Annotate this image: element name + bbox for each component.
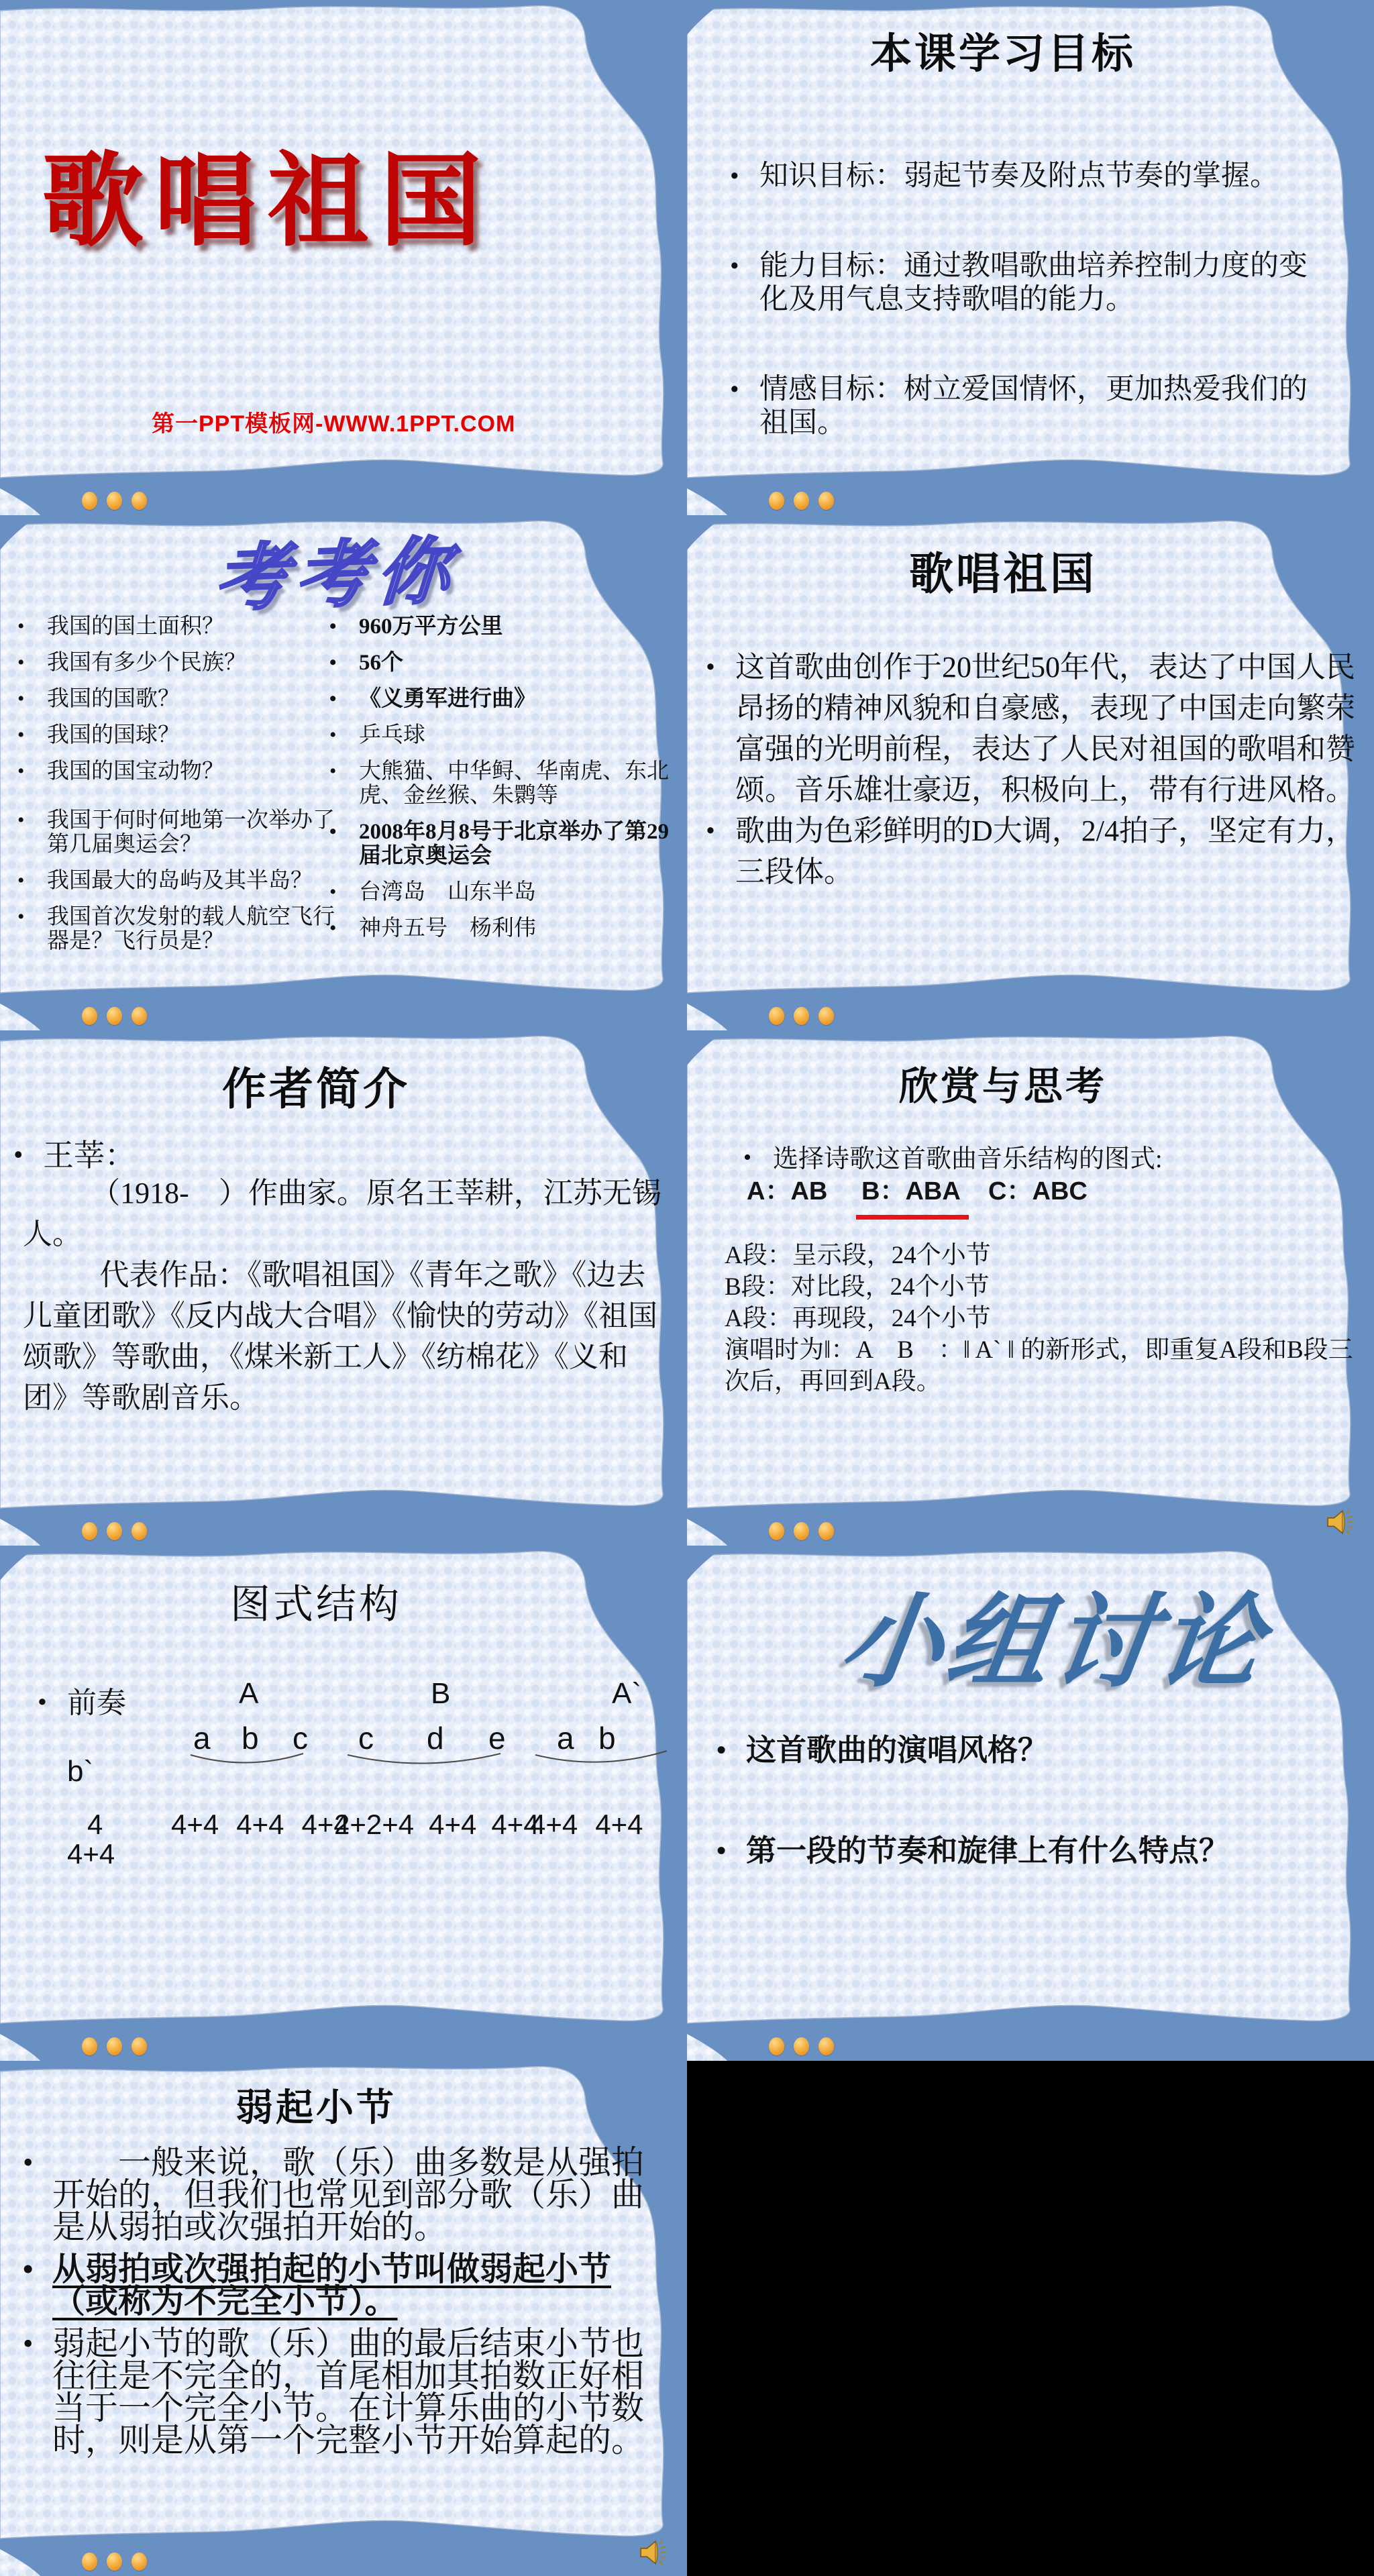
watermark-text: 第一PPT模板网-WWW.1PPT.COM [152, 405, 515, 438]
list-item: 知识目标：弱起节奏及附点节奏的掌握。 [759, 160, 1330, 193]
dot-icon [107, 492, 122, 510]
bar-count-prelude: 4 [87, 1809, 103, 1841]
author-works: 代表作品：《歌唱祖国》《青年之歌》《边去儿童团歌》《反内战大合唱》《愉快的劳动》… [23, 1254, 671, 1418]
slide-7-structure-diagram: 图式结构 前奏 A B A` a b c c d e a b b` 4 4+4 … [0, 1546, 687, 2061]
question-item: 我国的国球？ [47, 723, 342, 747]
slide-title-wordart: 小组讨论 [833, 1560, 1277, 1707]
dot-icon [82, 1522, 97, 1540]
dot-icon [818, 1007, 834, 1025]
answer-item: 乒乓球 [359, 723, 674, 747]
question-item: 我国的国宝动物？ [47, 759, 342, 784]
slide-6-appreciation: 欣赏与思考 选择诗歌这首歌曲音乐结构的图式: A：AB B：ABA C：ABC … [687, 1030, 1374, 1546]
slide-title: 作者简介 [0, 1053, 632, 1117]
question-item: 我国的国土面积？ [47, 614, 342, 639]
bar-count: 2+2+4 [334, 1809, 414, 1841]
slide-9-anacrusis: 弱起小节 一般来说，歌（乐）曲多数是从强拍开始的，但我们也常见到部分歌（乐）曲是… [0, 2061, 687, 2576]
decor-dots [82, 1007, 147, 1025]
decor-dots [769, 1007, 834, 1025]
dot-icon [131, 1007, 147, 1025]
question-item: 我国的国歌？ [47, 687, 342, 711]
dot-icon [794, 1522, 809, 1540]
bar-count-group-A: 4+4 4+4 4+4 [171, 1809, 350, 1841]
answer-list: 960万平方公里 56个 《义勇军进行曲》 乒乓球 大熊猫、中华鲟、华南虎、东北… [359, 614, 674, 953]
option-b-correct: B：ABA [856, 1170, 969, 1220]
speaker-icon[interactable] [639, 2538, 670, 2567]
bar-count: 4+4 [236, 1809, 284, 1841]
answer-item: 56个 [359, 651, 674, 675]
list-item-emphasis: 从弱拍或次强拍起的小节叫做弱起小节（或称为不完全小节）。 [52, 2253, 662, 2318]
answer-item: 神舟五号 杨利伟 [359, 916, 674, 941]
decor-dots [82, 2553, 147, 2571]
list-item: 情感目标：树立爱国情怀，更加热爱我们的祖国。 [759, 373, 1330, 440]
dot-icon [82, 492, 97, 510]
decor-dots [769, 1522, 834, 1540]
list-item: 弱起小节的歌（乐）曲的最后结束小节也往往是不完全的，首尾相加其拍数正好相当于一个… [52, 2328, 662, 2457]
dot-icon [131, 2553, 147, 2571]
question-list: 我国的国土面积？ 我国有多少个民族？ 我国的国歌？ 我国的国球？ 我国的国宝动物… [47, 614, 342, 965]
list-item: 能力目标：通过教唱歌曲培养控制力度的变化及用气息支持歌唱的能力。 [759, 250, 1330, 317]
question-lead-text: 选择诗歌这首歌曲音乐结构的图式: [773, 1145, 1163, 1173]
author-bio: （1918- ）作曲家。原名王莘耕，江苏无锡人。 [23, 1173, 667, 1254]
decor-dots [769, 2037, 834, 2055]
dot-icon [769, 1522, 784, 1540]
bar-count: 4+4 [530, 1809, 578, 1841]
dot-icon [769, 2037, 784, 2055]
author-name-text: 王莘： [43, 1138, 136, 1173]
author-name: 王莘： [43, 1131, 136, 1175]
dot-icon [82, 2553, 97, 2571]
dot-icon [818, 492, 834, 510]
diagram-b-prime: b` [67, 1755, 93, 1788]
slide-4-song-intro: 歌唱祖国 这首歌曲创作于20世纪50年代，表达了中国人民昂扬的精神风貌和自豪感，… [687, 515, 1374, 1030]
slide-grid: 歌唱祖国 第一PPT模板网-WWW.1PPT.COM 本课学习目标 知识目标：弱… [0, 0, 1374, 2576]
slide-8-discussion: 小组讨论 这首歌曲的演唱风格？ 第一段的节奏和旋律上有什么特点？ [687, 1546, 1374, 2061]
slide-10-blank [687, 2061, 1374, 2576]
answer-item: 台湾岛 山东半岛 [359, 880, 674, 904]
question-item: 我国最大的岛屿及其半岛？ [47, 869, 342, 893]
analysis-line: A段：再现段，24个小节 [725, 1303, 1355, 1334]
dot-icon [107, 1522, 122, 1540]
bullet-list: 这首歌曲创作于20世纪50年代，表达了中国人民昂扬的精神风貌和自豪感，表现了中国… [735, 647, 1363, 892]
answer-item: 960万平方公里 [359, 614, 674, 639]
bar-count: 4+4 [595, 1809, 643, 1841]
slide-3-quiz: 考考你 我国的国土面积？ 我国有多少个民族？ 我国的国歌？ 我国的国球？ 我国的… [0, 515, 687, 1030]
question-item: 我国于何时何地第一次举办了第几届奥运会？ [47, 808, 342, 857]
dot-icon [107, 2553, 122, 2571]
dot-icon [82, 1007, 97, 1025]
main-title: 歌唱祖国 [42, 119, 492, 266]
question-item: 我国首次发射的载人航空飞行器是？飞行员是？ [47, 905, 342, 953]
dot-icon [818, 2037, 834, 2055]
dot-icon [107, 1007, 122, 1025]
phrase-arcs-decor [0, 1546, 687, 2061]
answer-item: 大熊猫、中华鲟、华南虎、东北虎、金丝猴、朱鹮等 [359, 759, 674, 808]
option-a: A：AB [747, 1170, 827, 1207]
dot-icon [82, 2037, 97, 2055]
bar-count-group-B: 2+2+4 4+4 4+4 [334, 1809, 539, 1841]
list-item: 这首歌曲的演唱风格？ [746, 1732, 1350, 1768]
decor-dots [82, 2037, 147, 2055]
answer-item: 《义勇军进行曲》 [359, 687, 674, 711]
list-item: 这首歌曲创作于20世纪50年代，表达了中国人民昂扬的精神风貌和自豪感，表现了中国… [735, 647, 1363, 810]
decor-dots [82, 1522, 147, 1540]
analysis-line: A段：呈示段，24个小节 [725, 1240, 1355, 1271]
dot-icon [818, 1522, 834, 1540]
speaker-icon[interactable] [1326, 1508, 1357, 1536]
slide-5-author: 作者简介 王莘： （1918- ）作曲家。原名王莘耕，江苏无锡人。 代表作品：《… [0, 1030, 687, 1546]
decor-dots [769, 492, 834, 510]
list-item: 歌曲为色彩鲜明的D大调，2/4拍子，坚定有力，三段体。 [735, 810, 1363, 892]
dot-icon [107, 2037, 122, 2055]
question-item: 我国有多少个民族？ [47, 651, 342, 675]
bar-count-bprime: 4+4 [67, 1838, 115, 1870]
dot-icon [131, 492, 147, 510]
bar-count-group-A2: 4+4 4+4 [530, 1809, 643, 1841]
list-item: 第一段的节奏和旋律上有什么特点？ [746, 1833, 1350, 1869]
analysis-block: A段：呈示段，24个小节 B段：对比段，24个小节 A段：再现段，24个小节 演… [725, 1240, 1355, 1397]
slide-title-wordart: 考考你 [212, 515, 462, 625]
analysis-line: B段：对比段，24个小节 [725, 1271, 1355, 1303]
bar-count: 4+4 [171, 1809, 219, 1841]
analysis-line: 演唱时为‖：A B ：‖ A` ‖ 的新形式，即重复A段和B段三次后，再回到A段… [725, 1334, 1355, 1397]
bullet-list: 这首歌曲的演唱风格？ 第一段的节奏和旋律上有什么特点？ [746, 1732, 1350, 1933]
dot-icon [794, 1007, 809, 1025]
list-item: 一般来说，歌（乐）曲多数是从强拍开始的，但我们也常见到部分歌（乐）曲是从弱拍或次… [52, 2147, 662, 2243]
question-lead: 选择诗歌这首歌曲音乐结构的图式: [773, 1138, 1163, 1175]
bullet-list: 知识目标：弱起节奏及附点节奏的掌握。 能力目标：通过教唱歌曲培养控制力度的变化及… [759, 160, 1330, 496]
slide-title: 歌唱祖国 [687, 538, 1319, 602]
slide-2-objectives: 本课学习目标 知识目标：弱起节奏及附点节奏的掌握。 能力目标：通过教唱歌曲培养控… [687, 0, 1374, 515]
option-c: C：ABC [988, 1170, 1088, 1207]
slide-1-title: 歌唱祖国 第一PPT模板网-WWW.1PPT.COM [0, 0, 687, 515]
slide-title: 欣赏与思考 [687, 1055, 1319, 1111]
dot-icon [131, 2037, 147, 2055]
slide-title: 弱起小节 [0, 2078, 632, 2132]
answer-item: 2008年8月8号于北京举办了第29届北京奥运会 [359, 820, 674, 868]
decor-dots [82, 492, 147, 510]
dot-icon [794, 2037, 809, 2055]
bar-count: 4+4 [429, 1809, 476, 1841]
dot-icon [769, 1007, 784, 1025]
dot-icon [794, 492, 809, 510]
dot-icon [131, 1522, 147, 1540]
dot-icon [769, 492, 784, 510]
slide-title: 本课学习目标 [687, 20, 1319, 80]
bullet-list: 一般来说，歌（乐）曲多数是从强拍开始的，但我们也常见到部分歌（乐）曲是从弱拍或次… [52, 2147, 662, 2467]
